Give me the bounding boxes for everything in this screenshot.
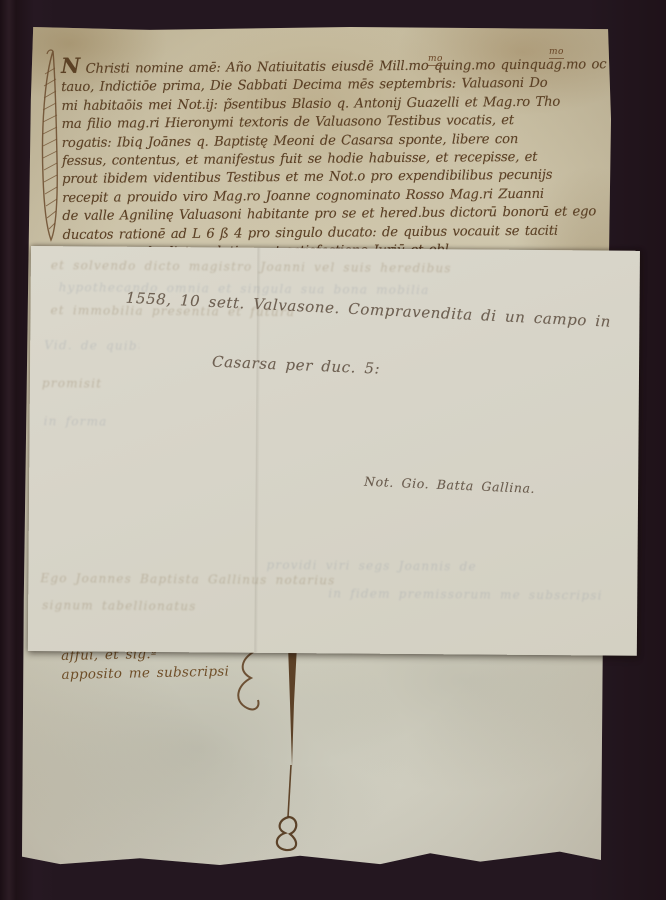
manuscript-text-block: N Christi nomine amē: Año Natiuitatis ei… bbox=[61, 52, 615, 263]
ghost-line: Ego Joannes Baptista Gallinus notarius r… bbox=[40, 571, 340, 587]
notary-signature: Not. Gio. Batta Gallina. bbox=[364, 474, 536, 496]
loose-archival-note-sheet: et solvendo dicto magistro Joanni vel su… bbox=[28, 246, 640, 656]
ghost-line: in forma bbox=[44, 414, 108, 429]
closing-formula-line: apposito me subscripsi bbox=[61, 662, 229, 685]
ghost-line: et solvendo dicto magistro Joanni vel su… bbox=[51, 258, 452, 275]
archival-note-subject-line: Casarsa per duc. 5: bbox=[212, 352, 381, 377]
photographed-archive-page: N Christi nomine amē: Año Natiuitatis ei… bbox=[0, 0, 666, 900]
ghost-line: providi viri segs Joannis de bbox=[266, 558, 476, 574]
pen-stroke-tail-icon bbox=[225, 645, 340, 885]
ghost-line: promisit bbox=[42, 376, 102, 390]
superscript-abbreviation: mo bbox=[549, 47, 564, 59]
superscript-abbreviation: mo bbox=[428, 54, 443, 66]
ghost-line: signum tabellionatus bbox=[42, 598, 197, 613]
ghost-line: in fidem premissorum me subscripsi bbox=[328, 586, 602, 602]
ghost-line: Vid. de quibus bbox=[44, 338, 139, 353]
archival-note-date-line: 1558, 10 sett. Valvasone. Compravendita … bbox=[125, 289, 611, 331]
